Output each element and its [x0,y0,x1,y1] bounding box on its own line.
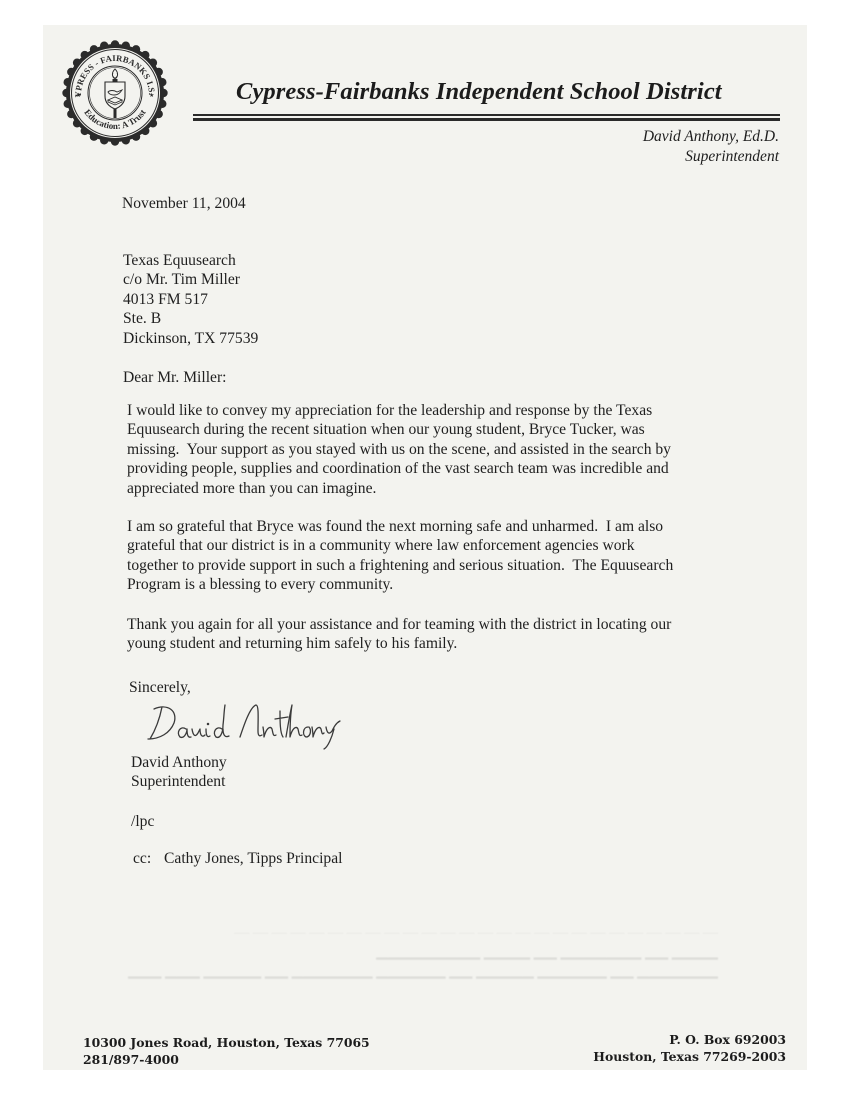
cc-recipient: Cathy Jones, Tipps Principal [164,850,342,867]
school-seal-icon: CYPRESS - FAIRBANKS I.S.D. Education: A … [62,40,168,146]
salutation: Dear Mr. Miller: [123,368,227,387]
address-line: Ste. B [123,309,258,328]
superintendent-block: David Anthony, Ed.D. Superintendent [643,127,779,167]
district-seal: CYPRESS - FAIRBANKS I.S.D. Education: A … [62,40,168,146]
typist-initials: /lpc [131,812,154,831]
body-paragraph-2: I am so grateful that Bryce was found th… [127,517,727,595]
body-paragraph-1: I would like to convey my appreciation f… [127,401,727,498]
paragraph-line: appreciated more than you can imagine. [127,479,727,498]
paragraph-line: I would like to convey my appreciation f… [127,401,727,420]
header-rule-top [193,114,780,116]
cc-label: cc: [133,849,164,868]
paragraph-line: Thank you again for all your assistance … [127,615,727,634]
superintendent-name: David Anthony, Ed.D. [643,127,779,147]
signer-title: Superintendent [131,772,227,791]
body-paragraph-3: Thank you again for all your assistance … [127,615,727,654]
cc-line: cc:Cathy Jones, Tipps Principal [133,849,342,868]
superintendent-title: Superintendent [643,147,779,167]
footer-po-city: Houston, Texas 77269-2003 [593,1048,786,1065]
reverse-side-bleed-through: — — — — — — — — — — — — — — — — — — — — … [128,905,718,995]
paragraph-line: grateful that our district is in a commu… [127,536,727,555]
svg-text:★: ★ [76,92,81,99]
signature-icon: David Anthony [140,695,350,751]
paragraph-line: providing people, supplies and coordinat… [127,459,727,478]
address-line: Texas Equusearch [123,251,258,270]
paragraph-line: together to provide support in such a fr… [127,556,727,575]
letter-date: November 11, 2004 [122,194,246,213]
footer-street-address: 10300 Jones Road, Houston, Texas 77065 [83,1034,370,1051]
signer-name: David Anthony [131,753,227,772]
footer-po-box: P. O. Box 692003 [593,1031,786,1048]
footer-mailing-block: P. O. Box 692003 Houston, Texas 77269-20… [593,1031,786,1065]
address-line: 4013 FM 517 [123,290,258,309]
address-line: Dickinson, TX 77539 [123,329,258,348]
signer-block: David Anthony Superintendent [131,753,227,792]
recipient-address: Texas Equusearch c/o Mr. Tim Miller 4013… [123,251,258,348]
header-rule-bottom [193,118,780,121]
handwritten-signature: David Anthony [140,695,350,751]
address-line: c/o Mr. Tim Miller [123,270,258,289]
footer-phone: 281/897-4000 [83,1051,370,1068]
svg-text:★: ★ [149,92,154,99]
footer-street-block: 10300 Jones Road, Houston, Texas 77065 2… [83,1034,370,1068]
paragraph-line: young student and returning him safely t… [127,634,727,653]
paragraph-line: Program is a blessing to every community… [127,575,727,594]
paragraph-line: Equusearch during the recent situation w… [127,420,727,439]
district-name: Cypress-Fairbanks Independent School Dis… [236,78,722,106]
paragraph-line: I am so grateful that Bryce was found th… [127,517,727,536]
paragraph-line: missing. Your support as you stayed with… [127,440,727,459]
